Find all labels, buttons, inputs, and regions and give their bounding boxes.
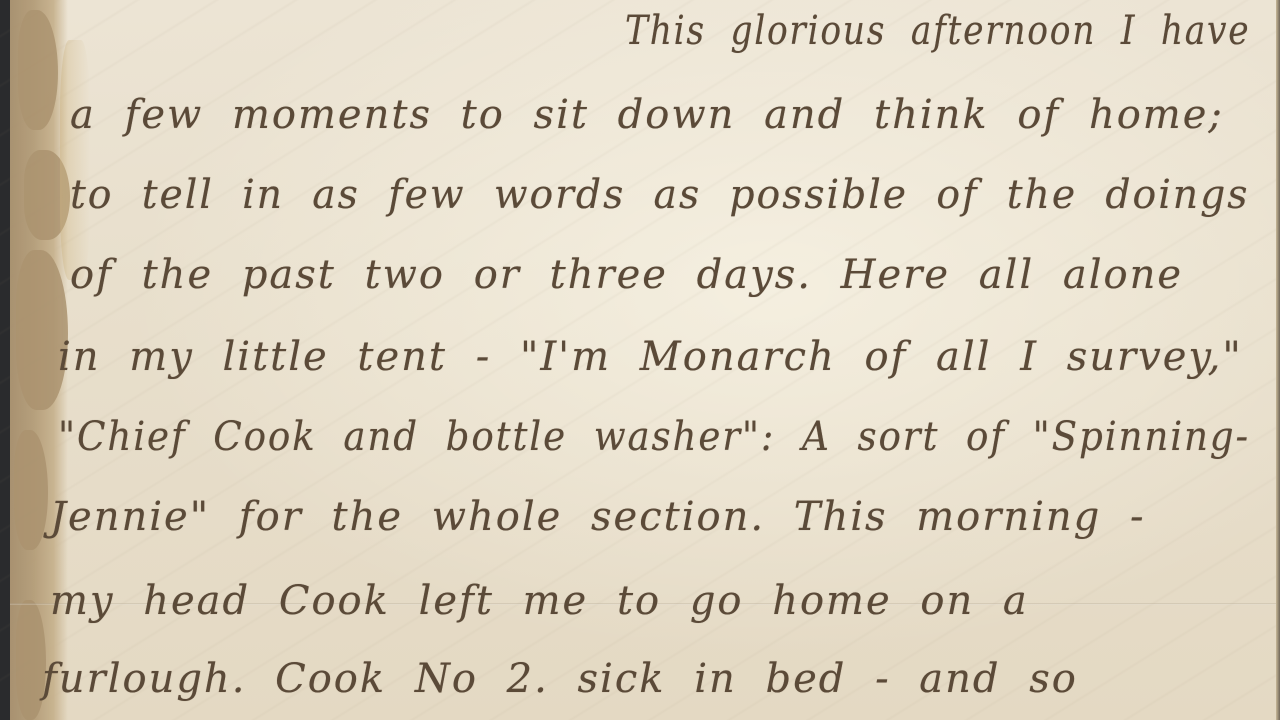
handwritten-line-9: furlough. Cook No 2. sick in bed - and s…: [42, 656, 1078, 702]
handwritten-line-4: of the past two or three days. Here all …: [70, 252, 1183, 298]
faint-stain: [60, 40, 90, 280]
handwritten-line-1: This glorious afternoon I have: [625, 8, 1250, 54]
letter-page: This glorious afternoon I have a few mom…: [0, 0, 1280, 720]
stain-blob: [16, 250, 68, 410]
handwritten-line-7: Jennie" for the whole section. This morn…: [50, 494, 1146, 540]
handwritten-line-5: in my little tent - "I'm Monarch of all …: [58, 334, 1243, 380]
stain-blob: [18, 10, 58, 130]
handwritten-line-2: a few moments to sit down and think of h…: [70, 92, 1224, 138]
handwritten-line-3: to tell in as few words as possible of t…: [70, 172, 1249, 218]
stain-blob: [14, 430, 48, 550]
handwritten-line-6: "Chief Cook and bottle washer": A sort o…: [58, 414, 1250, 460]
paper-right-edge: [1276, 0, 1280, 720]
handwritten-line-8: my head Cook left me to go home on a: [50, 578, 1029, 624]
